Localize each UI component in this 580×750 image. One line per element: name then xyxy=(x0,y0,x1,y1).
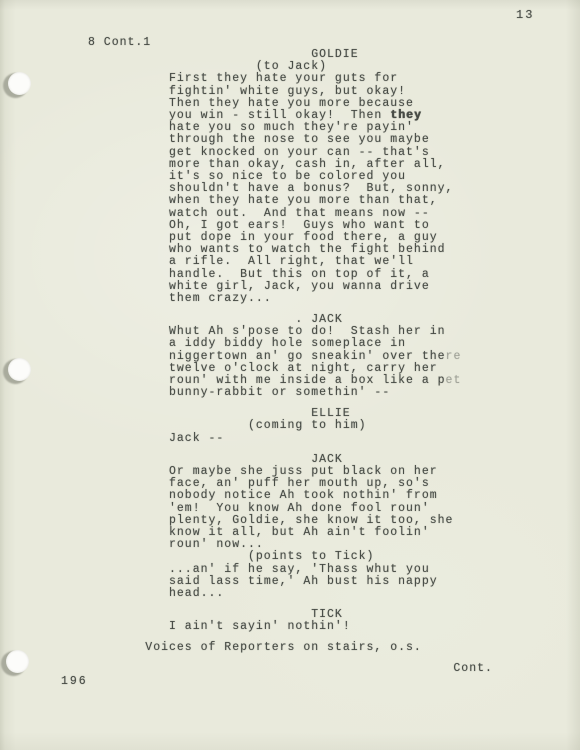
ellie-speech: ELLIE(coming to him)Jack -- xyxy=(90,408,493,445)
script-text-line: 'em! You know Ah done fool roun' xyxy=(90,503,493,515)
jack-speech-2: JACKOr maybe she juss put black on herfa… xyxy=(90,454,493,600)
script-text-line: white girl, Jack, you wanna drive xyxy=(90,281,493,293)
script-text-line: when they hate you more than that, xyxy=(90,195,493,207)
punch-hole-middle xyxy=(3,357,33,387)
punch-hole-opening xyxy=(6,650,29,673)
punch-hole-bottom xyxy=(1,649,31,679)
tick-speech: TICKI ain't sayin' nothin'! xyxy=(90,609,493,633)
script-body: GOLDIE(to Jack)First they hate your guts… xyxy=(90,49,493,675)
script-text-line: a rifle. All right, that we'll xyxy=(90,256,493,268)
punch-hole-top xyxy=(3,71,33,101)
script-text-line: know it all, but Ah ain't foolin' xyxy=(90,527,493,539)
script-text-line: get knocked on your can -- that's xyxy=(90,147,493,159)
script-text-line: I ain't sayin' nothin'! xyxy=(90,621,493,633)
script-text-line: through the nose to see you maybe xyxy=(90,134,493,146)
script-text-line: nobody notice Ah took nothin' from xyxy=(90,490,493,502)
script-text-line: ...an' if he say, 'Thass whut you xyxy=(90,564,493,576)
script-text-line: head... xyxy=(90,588,493,600)
punch-hole-opening xyxy=(8,358,31,381)
script-text-line: them crazy... xyxy=(90,293,493,305)
script-text-line: bunny-rabbit or somethin' -- xyxy=(90,387,493,399)
script-text-line: Jack -- xyxy=(90,433,493,445)
punch-hole-opening xyxy=(8,72,31,95)
stage-direction: Voices of Reporters on stairs, o.s. xyxy=(90,642,493,654)
parenthetical-line: (coming to him) xyxy=(90,420,493,432)
page-number: 13 xyxy=(516,8,534,22)
script-text-line: Voices of Reporters on stairs, o.s. xyxy=(90,642,493,654)
screenplay-page: 13 8 Cont.1 196 GOLDIE(to Jack)First the… xyxy=(0,0,580,750)
script-text-line: fightin' white guys, but okay! xyxy=(90,86,493,98)
script-text-line: a iddy biddy hole someplace in xyxy=(90,338,493,350)
footer-page-number: 196 xyxy=(61,675,88,688)
parenthetical-line: (points to Tick) xyxy=(90,551,493,563)
jack-speech-1: . JACKWhut Ah s'pose to do! Stash her in… xyxy=(90,314,493,399)
script-text-line: First they hate your guts for xyxy=(90,73,493,85)
scene-continuation-slug: 8 Cont.1 xyxy=(88,36,151,49)
script-text-line: watch out. And that means now -- xyxy=(90,208,493,220)
continued-mark: Cont. xyxy=(90,663,493,675)
script-text-line: Cont. xyxy=(90,663,493,675)
script-text-line: said lass time,' Ah bust his nappy xyxy=(90,576,493,588)
goldie-speech: GOLDIE(to Jack)First they hate your guts… xyxy=(90,49,493,305)
